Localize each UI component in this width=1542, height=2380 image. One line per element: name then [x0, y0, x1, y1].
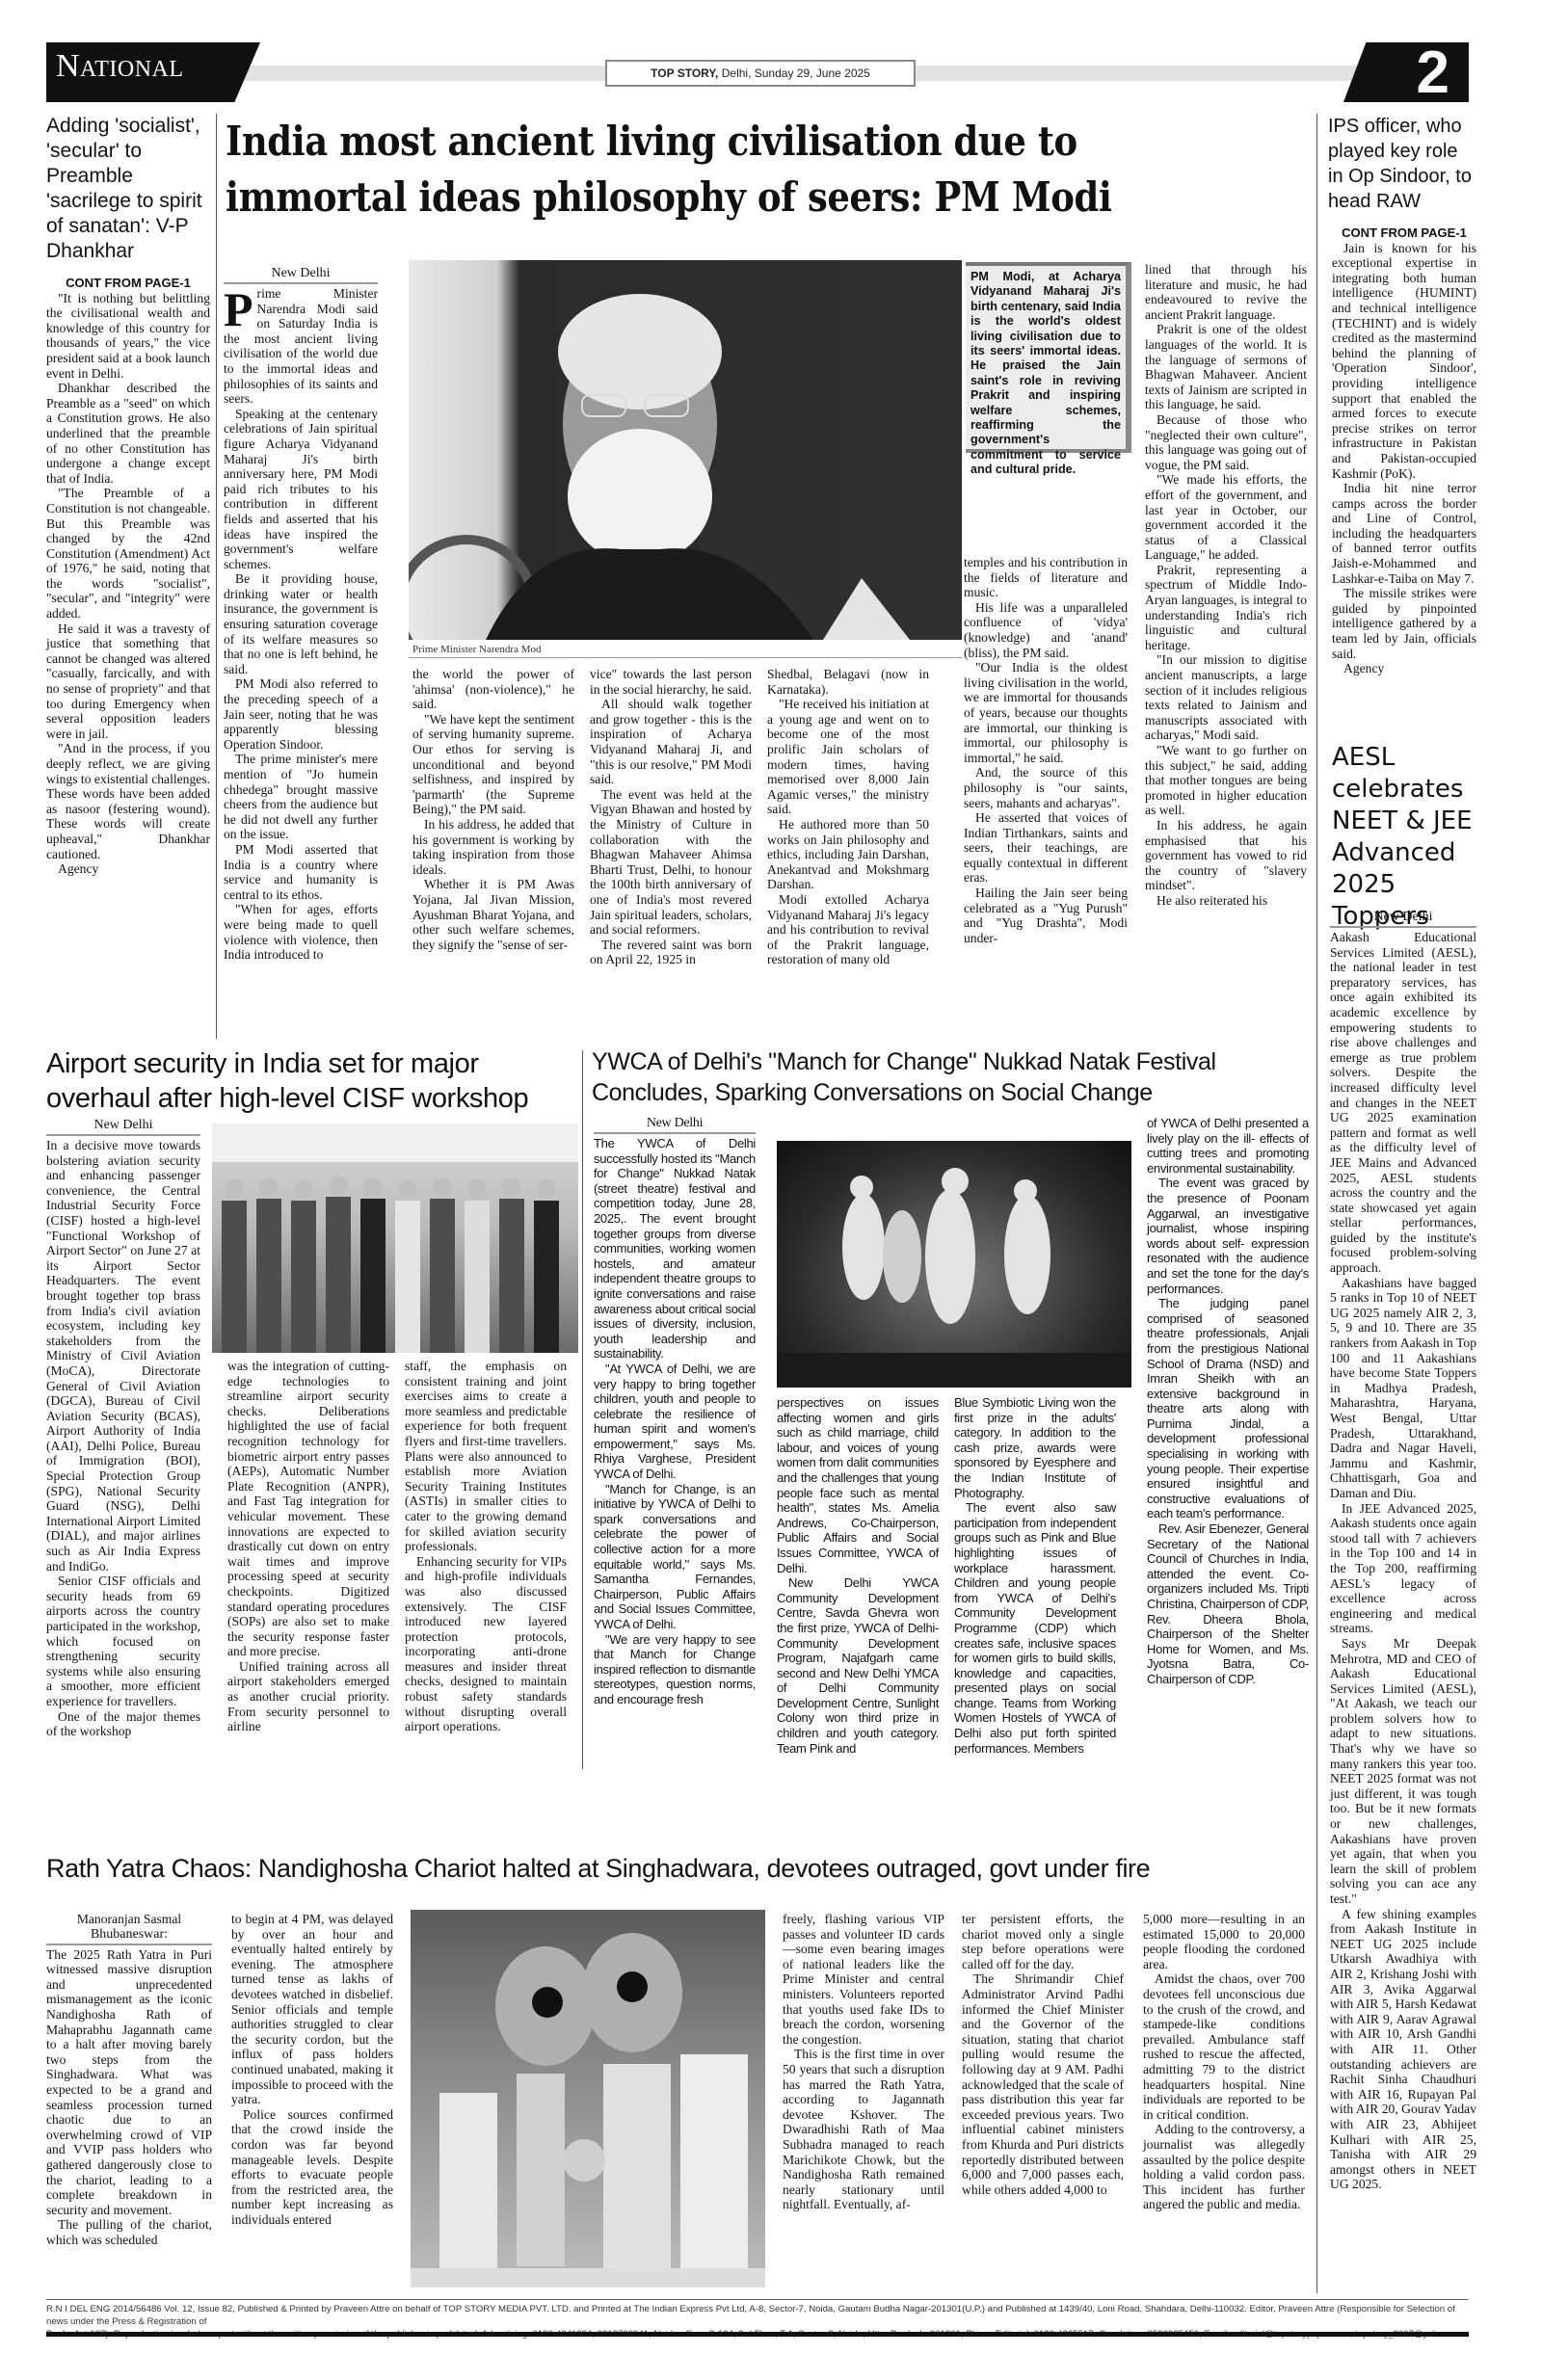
ywca-headline: YWCA of Delhi's "Manch for Change" Nukka…	[592, 1046, 1310, 1108]
paragraph: of YWCA of Delhi presented a lively play…	[1147, 1116, 1309, 1176]
paragraph: Prakrit, representing a spectrum of Midd…	[1145, 563, 1307, 653]
paragraph: The 2025 Rath Yatra in Puri witnessed ma…	[46, 1947, 212, 2218]
page-number-flag: 2	[1343, 42, 1469, 102]
paragraph: Senior CISF officials and security heads…	[46, 1573, 200, 1708]
paragraph: Aakashians have bagged 5 ranks in Top 10…	[1330, 1276, 1476, 1501]
airport-col-2: was the integration of cutting-edge tech…	[227, 1359, 389, 1734]
paragraph: The YWCA of Delhi successfully hosted it…	[594, 1136, 756, 1362]
masthead-dateline-box: TOP STORY, Delhi, Sunday 29, June 2025	[605, 60, 916, 87]
paragraph: Because of those who "neglected their ow…	[1145, 412, 1307, 472]
paragraph: Enhancing security for VIPs and high-pro…	[405, 1554, 567, 1734]
paragraph: The missile strikes were guided by pinpo…	[1332, 586, 1476, 661]
ywca-photo	[777, 1141, 1131, 1388]
lead-headline: India most ancient living civilisation d…	[226, 114, 1167, 225]
paragraph: The event was graced by the presence of …	[1147, 1176, 1309, 1296]
paragraph: staff, the emphasis on consistent traini…	[405, 1359, 567, 1554]
paragraph: All should walk together and grow togeth…	[590, 697, 752, 787]
paragraph: The judging panel comprised of seasoned …	[1147, 1296, 1309, 1521]
imprint-line-1: R.N I DEL ENG 2014/56486 Vol. 12, Issue …	[46, 2303, 1473, 2328]
paragraph: "Our India is the oldest living civilisa…	[964, 660, 1128, 765]
paragraph: Police sources confirmed that the crowd …	[231, 2107, 393, 2228]
paragraph: lined that through his literature and mu…	[1145, 262, 1307, 322]
aesl-body: New Delhi Aakash Educational Services Li…	[1330, 910, 1476, 2192]
rath-dateline: Bhubaneswar:	[46, 1927, 212, 1945]
chariot-ritual-illustration	[411, 1910, 765, 2287]
paper-name: TOP STORY,	[651, 66, 718, 80]
paragraph: A few shining examples from Aakash Insti…	[1330, 1907, 1476, 2192]
group-photo-illustration	[212, 1124, 578, 1353]
paragraph: In his address, he again emphasised that…	[1145, 818, 1307, 893]
paragraph: Whether it is PM Awas Yojana, Jal Jivan …	[412, 877, 574, 952]
paragraph: temples and his contribution in the fiel…	[964, 555, 1128, 600]
airport-col-3: staff, the emphasis on consistent traini…	[405, 1359, 567, 1734]
rath-headline: Rath Yatra Chaos: Nandighosha Chariot ha…	[46, 1852, 1309, 1885]
paragraph: One of the major themes of the workshop	[46, 1709, 200, 1739]
caption-rule	[409, 657, 962, 658]
paragraph: Jain is known for his exceptional expert…	[1332, 241, 1476, 482]
rath-col-2: to begin at 4 PM, was delayed by over an…	[231, 1912, 393, 2227]
paragraph: Aakash Educational Services Limited (AES…	[1330, 930, 1476, 1276]
rath-col-3: freely, flashing various VIP passes and …	[783, 1912, 944, 2212]
paragraph: PM Modi also referred to the preceding s…	[224, 676, 378, 752]
footer-rule	[46, 2299, 1469, 2300]
left-story-body: CONT FROM PAGE-1 "It is nothing but beli…	[46, 276, 210, 877]
paragraph: In JEE Advanced 2025, Aakash students on…	[1330, 1501, 1476, 1636]
ywca-col-1: New Delhi The YWCA of Delhi successfully…	[594, 1116, 756, 1707]
paragraph: vice" towards the last person in the soc…	[590, 667, 752, 697]
aesl-headline: AESL celebrates NEET & JEE Advanced 2025…	[1332, 742, 1476, 933]
paragraph: The event was held at the Vigyan Bhawan …	[590, 787, 752, 938]
ywca-col-2: perspectives on issues affecting women a…	[777, 1395, 939, 1756]
column-rule	[216, 114, 217, 1039]
paragraph: to begin at 4 PM, was delayed by over an…	[231, 1912, 393, 2107]
lead-photo-caption: Prime Minister Narendra Mod	[412, 644, 542, 655]
right-story-body: CONT FROM PAGE-1 Jain is known for his e…	[1332, 225, 1476, 676]
section-flag: National	[46, 42, 260, 102]
paragraph: He said it was a travesty of justice tha…	[46, 621, 210, 742]
issue-date: Delhi, Sunday 29, June 2025	[722, 66, 870, 80]
paragraph: "We are very happy to see that Manch for…	[594, 1632, 756, 1707]
paragraph: The event also saw participation from in…	[954, 1500, 1116, 1756]
right-story-credit: Agency	[1332, 661, 1476, 676]
airport-dateline: New Delhi	[46, 1118, 200, 1136]
paragraph: "Manch for Change, is an initiative by Y…	[594, 1482, 756, 1632]
paragraph: He asserted that voices of Indian Tirtha…	[964, 810, 1128, 886]
rath-col-4: ter persistent efforts, the chariot move…	[962, 1912, 1124, 2197]
airport-col-1: New Delhi In a decisive move towards bol…	[46, 1118, 200, 1739]
paragraph: Prime Minister Narendra Modi said on Sat…	[224, 286, 378, 407]
lead-col-5: temples and his contribution in the fiel…	[964, 555, 1128, 945]
paragraph: 5,000 more—resulting in an estimated 15,…	[1143, 1912, 1305, 1971]
paragraph: The prime minister's mere mention of "Jo…	[224, 752, 378, 842]
paragraph: Dhankhar described the Preamble as a "se…	[46, 381, 210, 486]
paragraph: Modi extolled Acharya Vidyanand Maharaj …	[767, 892, 929, 967]
paragraph: This is the first time in over 50 years …	[783, 2047, 944, 2212]
paragraph: perspectives on issues affecting women a…	[777, 1395, 939, 1575]
paragraph: Blue Symbiotic Living won the first priz…	[954, 1395, 1116, 1500]
right-story-headline: IPS officer, who played key role in Op S…	[1328, 114, 1473, 214]
paragraph: Adding to the controversy, a journalist …	[1143, 2122, 1305, 2212]
rath-photo	[411, 1910, 765, 2287]
portrait-illustration	[409, 260, 962, 640]
column-rule	[582, 1050, 583, 1769]
paragraph: Shedbal, Belagavi (now in Karnataka).	[767, 667, 929, 697]
lead-col-3: vice" towards the last person in the soc…	[590, 667, 752, 967]
paragraph: Speaking at the centenary celebrations o…	[224, 407, 378, 572]
paragraph: was the integration of cutting-edge tech…	[227, 1359, 389, 1659]
paragraph: New Delhi YWCA Community Development Cen…	[777, 1575, 939, 1756]
paragraph: Be it providing house, drinking water or…	[224, 571, 378, 676]
paragraph: Hailing the Jain seer being celebrated a…	[964, 886, 1128, 945]
paragraph: Amidst the chaos, over 700 devotees fell…	[1143, 1971, 1305, 2122]
aesl-dateline: New Delhi	[1330, 910, 1476, 928]
paragraph: The pulling of the chariot, which was sc…	[46, 2217, 212, 2247]
paragraph: the world the power of 'ahimsa' (non-vio…	[412, 667, 574, 712]
paragraph: "We want to go further on this subject,"…	[1145, 743, 1307, 818]
paragraph: India hit nine terror camps across the b…	[1332, 481, 1476, 586]
paragraph: freely, flashing various VIP passes and …	[783, 1912, 944, 2047]
airport-headline: Airport security in India set for major …	[46, 1046, 586, 1116]
paragraph: "It is nothing but belittling the civili…	[46, 291, 210, 382]
ywca-dateline: New Delhi	[594, 1116, 756, 1134]
drop-cap: P	[224, 288, 253, 331]
paragraph: "In our mission to digitise ancient manu…	[1145, 652, 1307, 743]
paragraph: In a decisive move towards bolstering av…	[46, 1138, 200, 1573]
rath-col-1: Manoranjan Sasmal Bhubaneswar: The 2025 …	[46, 1912, 212, 2247]
lead-photo	[409, 260, 962, 640]
paragraph: And, the source of this philosophy is "o…	[964, 765, 1128, 810]
paragraph: "We made his efforts, the effort of the …	[1145, 472, 1307, 563]
section-name: National	[56, 48, 184, 85]
rath-byline: Manoranjan Sasmal	[46, 1912, 212, 1927]
ywca-col-4: of YWCA of Delhi presented a lively play…	[1147, 1116, 1309, 1687]
paragraph: PM Modi asserted that India is a country…	[224, 842, 378, 902]
lead-col-1: New Delhi Prime Minister Narendra Modi s…	[224, 266, 378, 963]
column-rule	[1316, 114, 1317, 2293]
paragraph: "We have kept the sentiment of serving h…	[412, 712, 574, 817]
paragraph: "And in the process, if you deeply refle…	[46, 741, 210, 861]
paragraph: Says Mr Deepak Mehrotra, MD and CEO of A…	[1330, 1636, 1476, 1907]
lead-col-2: the world the power of 'ahimsa' (non-vio…	[412, 667, 574, 952]
page-number: 2	[1417, 39, 1449, 107]
pull-quote: PM Modi, at Acharya Vidyanand Maharaj Ji…	[966, 262, 1131, 453]
left-story-kicker: CONT FROM PAGE-1	[46, 276, 210, 291]
paragraph: The revered saint was born on April 22, …	[590, 938, 752, 967]
lead-col-6: lined that through his literature and mu…	[1145, 262, 1307, 909]
paragraph: He also reiterated his	[1145, 893, 1307, 909]
paragraph: "When for ages, efforts were being made …	[224, 902, 378, 962]
left-story-headline: Adding 'socialist', 'secular' to Preambl…	[46, 114, 210, 264]
paragraph: He authored more than 50 works on Jain p…	[767, 817, 929, 892]
rath-col-5: 5,000 more—resulting in an estimated 15,…	[1143, 1912, 1305, 2212]
paragraph: Rev. Asir Ebenezer, General Secretary of…	[1147, 1521, 1309, 1687]
lead-col-4: Shedbal, Belagavi (now in Karnataka). "H…	[767, 667, 929, 967]
airport-photo	[212, 1124, 578, 1353]
ywca-col-3: Blue Symbiotic Living won the first priz…	[954, 1395, 1116, 1756]
street-theatre-illustration	[777, 1141, 1131, 1388]
paragraph: "The Preamble of a Constitution is not c…	[46, 486, 210, 621]
left-story-credit: Agency	[46, 861, 210, 877]
paragraph: ter persistent efforts, the chariot move…	[962, 1912, 1124, 1971]
paragraph: Unified training across all airport stak…	[227, 1659, 389, 1734]
right-story-kicker: CONT FROM PAGE-1	[1332, 225, 1476, 241]
paragraph: In his address, he added that his govern…	[412, 817, 574, 877]
paragraph: Prakrit is one of the oldest languages o…	[1145, 322, 1307, 412]
paragraph: The Shrimandir Chief Administrator Arvin…	[962, 1971, 1124, 2197]
paragraph: His life was a unparalleled confluence o…	[964, 600, 1128, 660]
footer-bar	[46, 2332, 1469, 2337]
paragraph: "He received his initiation at a young a…	[767, 697, 929, 817]
paragraph: "At YWCA of Delhi, we are very happy to …	[594, 1362, 756, 1482]
